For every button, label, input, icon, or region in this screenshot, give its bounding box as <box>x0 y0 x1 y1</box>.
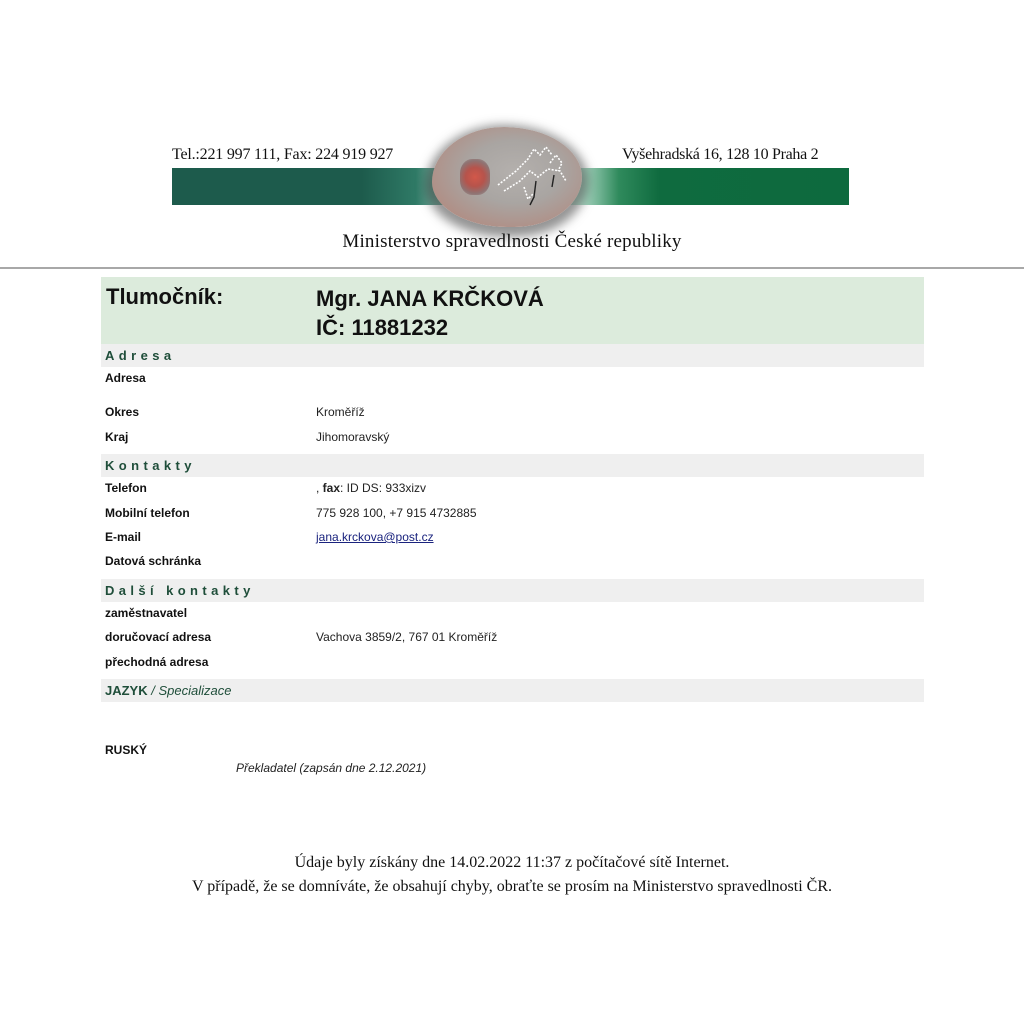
row-employer: zaměstnavatel <box>101 602 924 626</box>
row-district: Okres Kroměříž <box>101 401 924 425</box>
row-label: Kraj <box>105 430 128 444</box>
footer-line-1: Údaje byly získány dne 14.02.2022 11:37 … <box>0 851 1024 875</box>
interpreter-detail: Tlumočník: Mgr. JANA KRČKOVÁ IČ: 1188123… <box>101 277 924 702</box>
row-phone: Telefon , fax: ID DS: 933xizv <box>101 477 924 501</box>
row-label: Telefon <box>105 481 147 495</box>
footer-note: Údaje byly získány dne 14.02.2022 11:37 … <box>0 851 1024 899</box>
row-value: Jihomoravský <box>316 430 389 444</box>
row-region: Kraj Jihomoravský <box>101 426 924 450</box>
fax-label: fax <box>323 481 340 495</box>
row-label: přechodná adresa <box>105 655 208 669</box>
row-address: Adresa <box>101 367 924 391</box>
phone-suffix: : ID DS: 933xizv <box>340 481 426 495</box>
ministry-stone-logo-icon <box>432 127 582 227</box>
row-label: E-mail <box>105 530 141 544</box>
row-label: Datová schránka <box>105 554 201 568</box>
row-label: doručovací adresa <box>105 630 211 644</box>
row-value: jana.krckova@post.cz <box>316 530 434 544</box>
interpreter-name: Mgr. JANA KRČKOVÁ <box>316 284 544 313</box>
header-divider <box>0 267 1024 269</box>
language-specialization: Překladatel (zapsán dne 2.12.2021) <box>236 761 426 775</box>
row-label: Mobilní telefon <box>105 506 190 520</box>
row-value: Vachova 3859/2, 767 01 Kroměříž <box>316 630 497 644</box>
row-databox: Datová schránka <box>101 550 924 574</box>
interpreter-ic: IČ: 11881232 <box>316 313 544 342</box>
row-email: E-mail jana.krckova@post.cz <box>101 526 924 550</box>
section-heading-address: Adresa <box>101 344 924 367</box>
phone-prefix: , <box>316 481 323 495</box>
ministry-header: Tel.:221 997 111, Fax: 224 919 927 Vyšeh… <box>0 0 1024 270</box>
row-label: zaměstnavatel <box>105 606 187 620</box>
interpreter-name-block: Mgr. JANA KRČKOVÁ IČ: 11881232 <box>316 284 544 342</box>
section-heading-other-contacts: Další kontakty <box>101 579 924 602</box>
row-mobile: Mobilní telefon 775 928 100, +7 915 4732… <box>101 502 924 526</box>
row-value: Kroměříž <box>316 405 365 419</box>
row-temporary-address: přechodná adresa <box>101 651 924 675</box>
heading-language: JAZYK <box>105 683 148 698</box>
heading-specialization: Specializace <box>158 683 231 698</box>
row-value: , fax: ID DS: 933xizv <box>316 481 426 495</box>
title-label: Tlumočník: <box>106 284 223 310</box>
title-box: Tlumočník: Mgr. JANA KRČKOVÁ IČ: 1188123… <box>101 277 924 344</box>
email-link[interactable]: jana.krckova@post.cz <box>316 530 434 544</box>
coat-of-arms-icon <box>460 159 490 195</box>
section-heading-contacts: Kontakty <box>101 454 924 477</box>
ministry-title: Ministerstvo spravedlnosti České republi… <box>0 231 1024 253</box>
heading-separator: / <box>148 683 159 698</box>
header-tel-fax: Tel.:221 997 111, Fax: 224 919 927 <box>172 146 393 164</box>
row-label: Okres <box>105 405 139 419</box>
footer-line-2: V případě, že se domníváte, že obsahují … <box>0 875 1024 899</box>
row-value: 775 928 100, +7 915 4732885 <box>316 506 477 520</box>
row-label: Adresa <box>105 371 146 385</box>
header-address: Vyšehradská 16, 128 10 Praha 2 <box>622 146 818 164</box>
row-delivery-address: doručovací adresa Vachova 3859/2, 767 01… <box>101 626 924 650</box>
justice-figure-icon <box>494 141 574 211</box>
language-name: RUSKÝ <box>105 743 147 757</box>
section-heading-languages: JAZYK / Specializace <box>101 679 924 702</box>
